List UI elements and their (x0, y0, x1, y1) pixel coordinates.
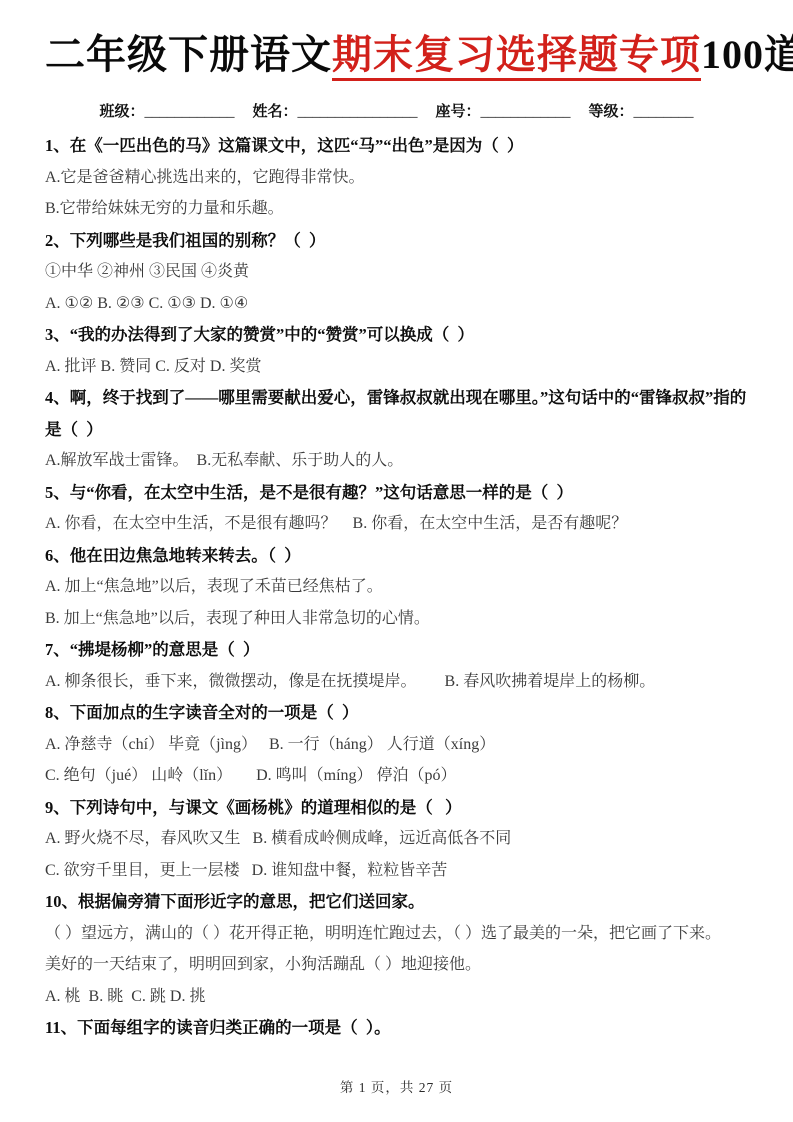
worksheet-page: 二年级下册语文期末复习选择题专项100道 班级：____________姓名：_… (0, 0, 793, 1122)
question-1: 1、在《一匹出色的马》这篇课文中，这匹“马”“出色”是因为（ ） A.它是爸爸精… (45, 130, 748, 225)
name-field: 姓名：________________ (252, 104, 417, 120)
question-8-choices-cd: C. 绝句（jué） 山岭（lǐn） D. 鸣叫（míng） 停泊（pó） (45, 760, 748, 792)
class-blank: ____________ (144, 104, 234, 120)
question-5-choices: A. 你看，在太空中生活，不是很有趣吗？ B. 你看，在太空中生活，是否有趣呢？ (45, 508, 748, 540)
question-1-option-b: B.它带给妹妹无穷的力量和乐趣。 (45, 193, 748, 225)
title-part-highlighted: 期末复习选择题专项 (332, 32, 701, 81)
student-info-line: 班级：____________姓名：________________座号：___… (45, 100, 748, 124)
question-1-text: 1、在《一匹出色的马》这篇课文中，这匹“马”“出色”是因为（ ） (45, 130, 748, 162)
question-6-option-a: A. 加上“焦急地”以后，表现了禾苗已经焦枯了。 (45, 571, 748, 603)
question-9-choices-cd: C. 欲穷千里目，更上一层楼 D. 谁知盘中餐，粒粒皆辛苦 (45, 855, 748, 887)
question-7-text: 7、“拂堤杨柳”的意思是（ ） (45, 634, 748, 666)
question-3-text: 3、“我的办法得到了大家的赞赏”中的“赞赏”可以换成（ ） (45, 319, 748, 351)
question-2: 2、下列哪些是我们祖国的别称？（ ） ①中华 ②神州 ③民国 ④炎黄 A. ①②… (45, 225, 748, 320)
page-title: 二年级下册语文期末复习选择题专项100道 (45, 26, 748, 84)
question-3-choices: A. 批评 B. 赞同 C. 反对 D. 奖赏 (45, 351, 748, 383)
seat-field: 座号：____________ (436, 104, 571, 120)
question-1-option-a: A.它是爸爸精心挑选出来的，它跑得非常快。 (45, 162, 748, 194)
question-9: 9、下列诗句中，与课文《画杨桃》的道理相似的是（ ） A. 野火烧不尽，春风吹又… (45, 792, 748, 887)
question-2-items: ①中华 ②神州 ③民国 ④炎黄 (45, 256, 748, 288)
seat-label: 座号： (436, 104, 481, 120)
question-6: 6、他在田边焦急地转来转去。（ ） A. 加上“焦急地”以后，表现了禾苗已经焦枯… (45, 540, 748, 635)
seat-blank: ____________ (481, 104, 571, 120)
question-7-choices: A. 柳条很长，垂下来，微微摆动，像是在抚摸堤岸。 B. 春风吹拂着堤岸上的杨柳… (45, 666, 748, 698)
name-blank: ________________ (298, 104, 418, 120)
name-label: 姓名： (252, 104, 297, 120)
question-11-text: 11、下面每组字的读音归类正确的一项是（ ）。 (45, 1012, 748, 1044)
question-11: 11、下面每组字的读音归类正确的一项是（ ）。 (45, 1012, 748, 1044)
title-part-count: 100道 (701, 32, 793, 77)
question-5: 5、与“你看，在太空中生活，是不是很有趣？”这句话意思一样的是（ ） A. 你看… (45, 477, 748, 540)
grade-field: 等级：________ (589, 104, 694, 120)
grade-blank: ________ (634, 104, 694, 120)
grade-label: 等级： (589, 104, 634, 120)
question-10-choices: A. 桃 B. 眺 C. 跳 D. 挑 (45, 981, 748, 1013)
question-10-fill-line-2: 美好的一天结束了，明明回到家，小狗活蹦乱（ ）地迎接他。 (45, 949, 748, 981)
question-3: 3、“我的办法得到了大家的赞赏”中的“赞赏”可以换成（ ） A. 批评 B. 赞… (45, 319, 748, 382)
question-7: 7、“拂堤杨柳”的意思是（ ） A. 柳条很长，垂下来，微微摆动，像是在抚摸堤岸… (45, 634, 748, 697)
question-10: 10、根据偏旁猜下面形近字的意思，把它们送回家。 （ ）望远方，满山的（ ）花开… (45, 886, 748, 1012)
question-9-text: 9、下列诗句中，与课文《画杨桃》的道理相似的是（ ） (45, 792, 748, 824)
question-5-text: 5、与“你看，在太空中生活，是不是很有趣？”这句话意思一样的是（ ） (45, 477, 748, 509)
title-part-grade: 二年级下册语文 (45, 32, 332, 77)
question-10-fill-line-1: （ ）望远方，满山的（ ）花开得正艳，明明连忙跑过去，（ ）选了最美的一朵，把它… (45, 918, 748, 950)
page-footer: 第 1 页，共 27 页 (0, 1076, 793, 1096)
question-4-text: 4、啊，终于找到了——哪里需要献出爱心，雷锋叔叔就出现在哪里。”这句话中的“雷锋… (45, 382, 748, 445)
class-label: 班级： (99, 104, 144, 120)
questions-list: 1、在《一匹出色的马》这篇课文中，这匹“马”“出色”是因为（ ） A.它是爸爸精… (45, 130, 748, 1044)
question-6-option-b: B. 加上“焦急地”以后，表现了种田人非常急切的心情。 (45, 603, 748, 635)
question-9-choices-ab: A. 野火烧不尽，春风吹又生 B. 横看成岭侧成峰，远近高低各不同 (45, 823, 748, 855)
question-10-text: 10、根据偏旁猜下面形近字的意思，把它们送回家。 (45, 886, 748, 918)
question-8-choices-ab: A. 净慈寺（chí） 毕竟（jìng） B. 一行（háng） 人行道（xín… (45, 729, 748, 761)
question-8: 8、下面加点的生字读音全对的一项是（ ） A. 净慈寺（chí） 毕竟（jìng… (45, 697, 748, 792)
question-8-text: 8、下面加点的生字读音全对的一项是（ ） (45, 697, 748, 729)
question-2-choices: A. ①② B. ②③ C. ①③ D. ①④ (45, 288, 748, 320)
question-4-choices: A.解放军战士雷锋。 B.无私奉献、乐于助人的人。 (45, 445, 748, 477)
question-4: 4、啊，终于找到了——哪里需要献出爱心，雷锋叔叔就出现在哪里。”这句话中的“雷锋… (45, 382, 748, 477)
question-2-text: 2、下列哪些是我们祖国的别称？（ ） (45, 225, 748, 257)
question-6-text: 6、他在田边焦急地转来转去。（ ） (45, 540, 748, 572)
class-field: 班级：____________ (99, 104, 234, 120)
